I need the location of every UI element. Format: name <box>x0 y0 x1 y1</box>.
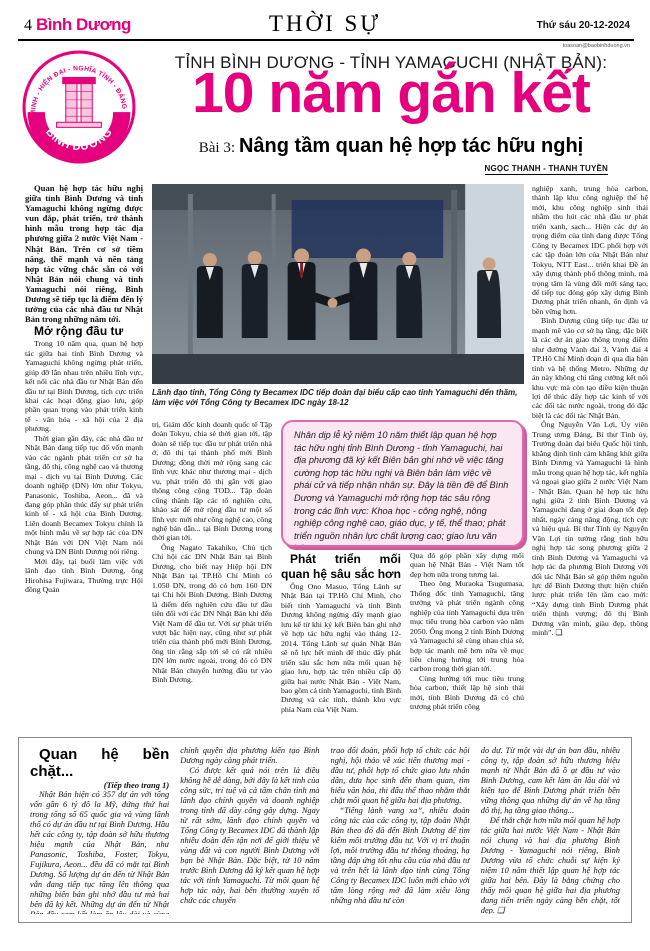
article-paragraph: Qua đó góp phần xây dựng mối quan hệ Nhậ… <box>410 551 524 579</box>
article-column-4: Qua đó góp phần xây dựng mối quan hệ Nhậ… <box>410 551 524 735</box>
continuation-paragraph: trao đổi đoàn, phối hợp tổ chức các hội … <box>331 746 470 806</box>
subtitle-prefix: Bài 3: <box>199 140 235 156</box>
main-headline: 10 năm gắn kết <box>142 62 640 125</box>
continuation-paragraph: do dự. Từ một vài dự án ban đầu, nhiều c… <box>481 746 620 816</box>
article-paragraph: Theo ông Muraoka Tsugumasa, Thống đốc tỉ… <box>410 579 524 674</box>
article-paragraph: trị, Giám đốc kinh doanh quốc tế Tập đoà… <box>152 420 272 543</box>
continuation-column-3: trao đổi đoàn, phối hợp tổ chức các hội … <box>331 746 470 914</box>
article-paragraph: Ông Ono Masuo, Tổng Lãnh sự Nhật Bản tại… <box>281 582 401 714</box>
article-column-5: nghiệp xanh, trung hòa carbon, thành lập… <box>532 184 648 735</box>
article-column-2: trị, Giám đốc kinh doanh quốc tế Tập đoà… <box>152 420 272 735</box>
continuation-column-1: Quan hệ bền chặt... (Tiếp theo trang 1) … <box>30 746 169 914</box>
article-paragraph: Ông Nguyễn Văn Lợi, Ủy viên Trung ương Đ… <box>532 420 648 637</box>
continuation-paragraph: Nhật Bản hiện có 357 dự án với tổng vốn … <box>30 790 169 914</box>
photo-caption: Lãnh đạo tỉnh, Tổng Công ty Becamex IDC … <box>152 388 524 408</box>
section-heading-1: Mở rộng đầu tư <box>25 324 143 339</box>
section-heading-2: Phát triển mối quan hệ sâu sắc hơn <box>281 552 401 582</box>
quote-box: Nhân dịp lễ kỷ niệm 10 năm thiết lập qua… <box>281 420 524 547</box>
article-paragraph: nghiệp xanh, trung hòa carbon, thành lập… <box>532 184 648 316</box>
binhduong-logo-icon: VĂN MINH - HIỆN ĐẠI - NGHĨA TÌNH - ĐÁNG … <box>22 50 136 164</box>
article-paragraph: Ông Nagato Takahiko, Chủ tịch Chi hội cá… <box>152 543 272 685</box>
article-paragraph: Cùng hướng tới mục tiêu trung hòa carbon… <box>410 674 524 712</box>
issue-date: Thứ sáu 20-12-2024 <box>537 20 630 31</box>
subtitle-text: Nâng tầm quan hệ hợp tác hữu nghị <box>239 135 583 157</box>
article-photo <box>152 184 524 384</box>
continuation-paragraph: chính quyền địa phương kiến tạo Bình Dươ… <box>180 746 319 766</box>
article-column-3: Phát triển mối quan hệ sâu sắc hơn Ông O… <box>281 552 401 735</box>
continuation-title: Quan hệ bền chặt... <box>30 746 169 780</box>
continuation-paragraph: “Tiếng lành vang xa”, nhiều đoàn công tá… <box>331 806 470 906</box>
continuation-box: Quan hệ bền chặt... (Tiếp theo trang 1) … <box>18 737 632 923</box>
byline: NGỌC THANH - THANH TUYỀN <box>485 164 608 175</box>
subtitle: Bài 3: Nâng tầm quan hệ hợp tác hữu nghị <box>142 135 640 158</box>
continuation-column-4: do dự. Từ một vài dự án ban đầu, nhiều c… <box>481 746 620 914</box>
article-paragraph: Trong 10 năm qua, quan hệ hợp tác giữa h… <box>25 339 143 434</box>
header-rule <box>18 39 634 41</box>
article-paragraph: Bình Dương cũng tiếp tục đầu tư mạnh mẽ … <box>532 316 648 420</box>
article-paragraph: Mới đây, tại buổi làm việc với lãnh đạo … <box>25 557 143 595</box>
continuation-paragraph: Có được kết quả nói trên là điều không h… <box>180 766 319 906</box>
continuation-paragraph: Để thắt chặt hơn nữa mối quan hệ hợp tác… <box>481 816 620 914</box>
article-intro: Quan hệ hợp tác hữu nghị giữa tỉnh Bình … <box>25 183 143 324</box>
article-column-1: Quan hệ hợp tác hữu nghị giữa tỉnh Bình … <box>25 183 143 735</box>
continuation-note: (Tiếp theo trang 1) <box>30 780 169 790</box>
article-paragraph: Thời gian gần đây, các nhà đầu tư Nhật B… <box>25 434 143 557</box>
contact-email: toasoan@baobinhduong.vn <box>563 43 630 49</box>
photo-screen <box>292 200 444 258</box>
newspaper-page: 4Bình Dương THỜI SỰ Thứ sáu 20-12-2024 t… <box>0 0 650 951</box>
continuation-column-2: chính quyền địa phương kiến tạo Bình Dươ… <box>180 746 319 914</box>
